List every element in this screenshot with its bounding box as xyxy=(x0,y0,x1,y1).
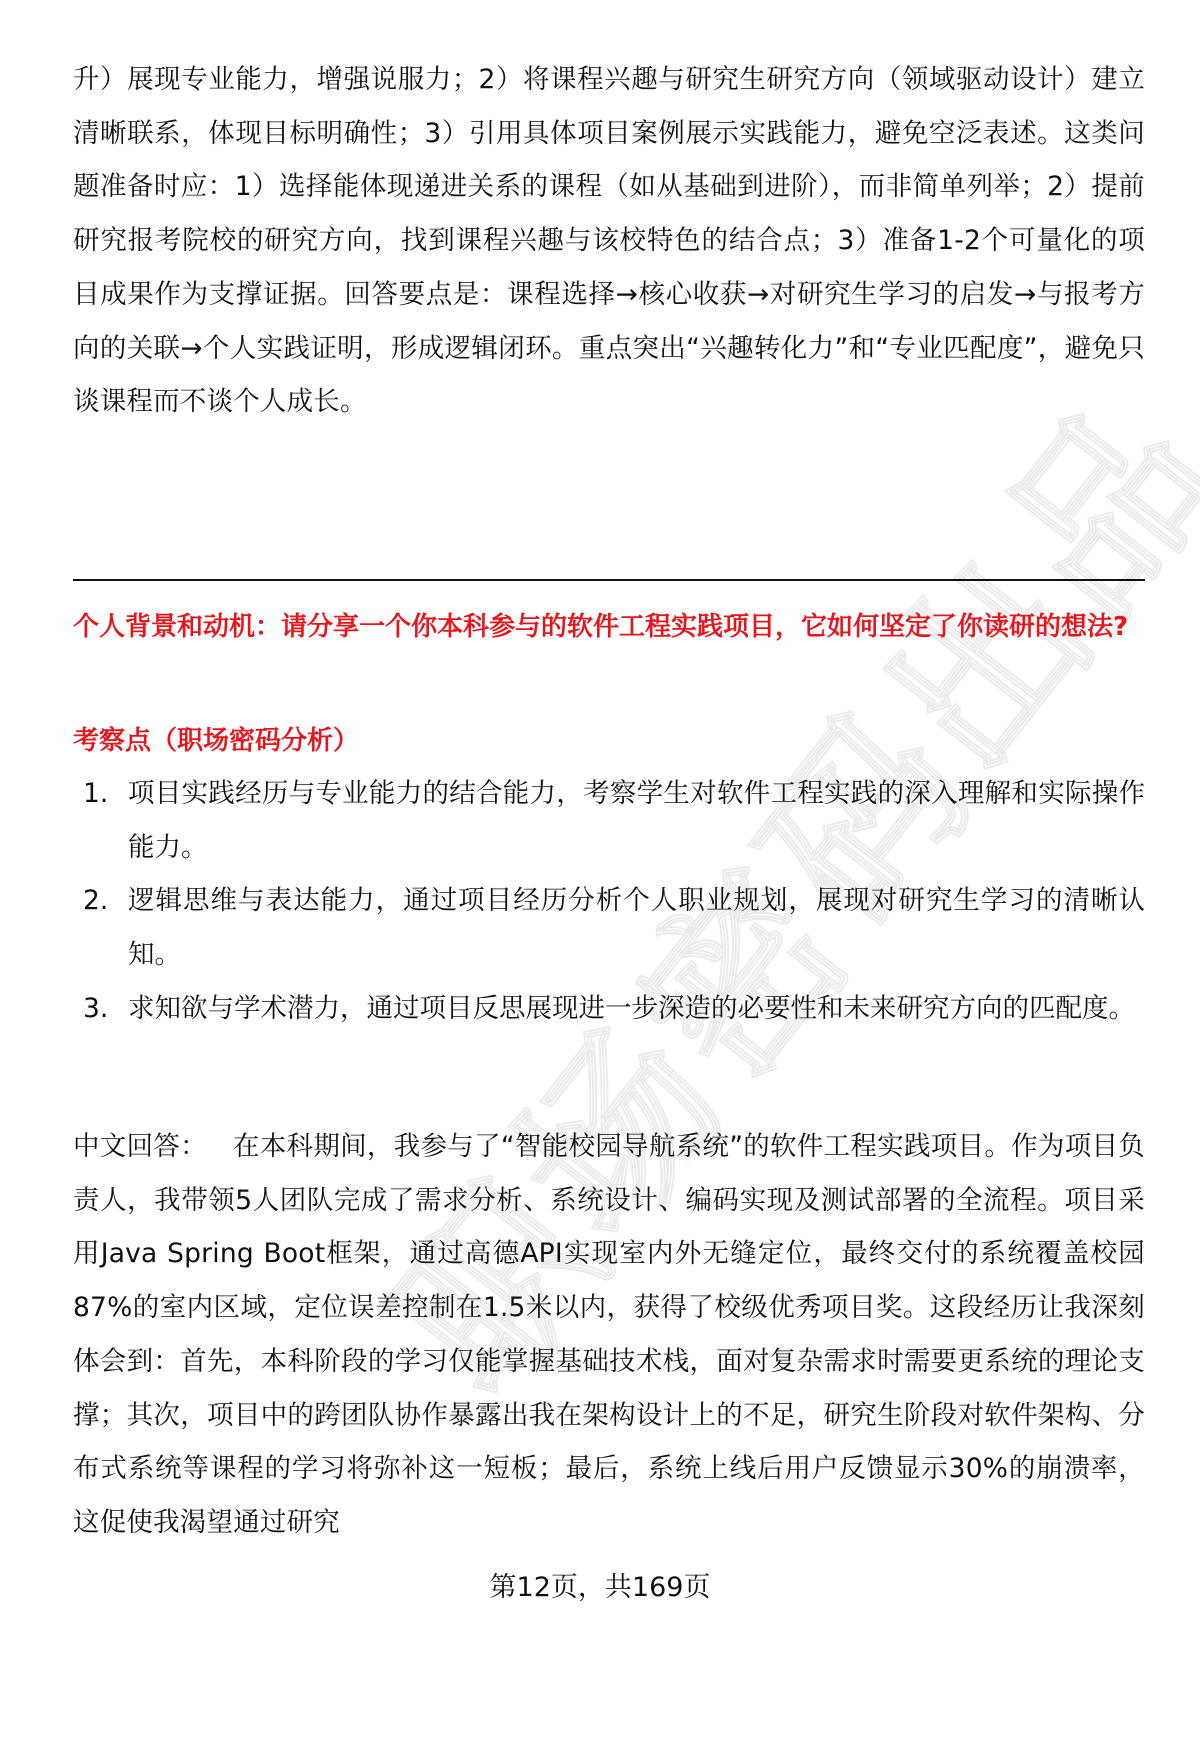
exam-point-text: 求知欲与学术潜力，通过项目反思展现进一步深造的必要性和未来研究方向的匹配度。 xyxy=(128,993,1135,1024)
exam-point-item: 2. 逻辑思维与表达能力，通过项目经历分析个人职业规划，展现对研究生学习的清晰认… xyxy=(73,874,1145,981)
answer-label: 中文回答： xyxy=(73,1131,207,1162)
intro-paragraph: 升）展现专业能力，增强说服力；2）将课程兴趣与研究生研究方向（领域驱动设计）建立… xyxy=(73,53,1145,429)
exam-point-text: 项目实践经历与专业能力的结合能力，考察学生对软件工程实践的深入理解和实际操作能力… xyxy=(128,778,1145,863)
list-number: 2. xyxy=(83,874,108,928)
page-indicator: 第12页，共169页 xyxy=(490,1572,711,1603)
exam-point-item: 3. 求知欲与学术潜力，通过项目反思展现进一步深造的必要性和未来研究方向的匹配度… xyxy=(73,982,1145,1036)
exam-point-item: 1. 项目实践经历与专业能力的结合能力，考察学生对软件工程实践的深入理解和实际操… xyxy=(73,767,1145,874)
list-number: 3. xyxy=(83,982,108,1036)
answer-text: 在本科期间，我参与了“智能校园导航系统”的软件工程实践项目。作为项目负责人，我带… xyxy=(73,1131,1145,1538)
exam-points-list: 1. 项目实践经历与专业能力的结合能力，考察学生对软件工程实践的深入理解和实际操… xyxy=(73,767,1145,1036)
exam-point-text: 逻辑思维与表达能力，通过项目经历分析个人职业规划，展现对研究生学习的清晰认知。 xyxy=(128,885,1145,970)
section-divider xyxy=(73,579,1145,581)
answer-paragraph: 中文回答：在本科期间，我参与了“智能校园导航系统”的软件工程实践项目。作为项目负… xyxy=(73,1120,1145,1550)
exam-points-title: 考察点（职场密码分析） xyxy=(73,722,359,760)
list-number: 1. xyxy=(83,767,108,821)
question-heading: 个人背景和动机：请分享一个你本科参与的软件工程实践项目，它如何坚定了你读研的想法… xyxy=(73,608,1145,646)
page-footer: 第12页，共169页 xyxy=(0,1568,1200,1608)
